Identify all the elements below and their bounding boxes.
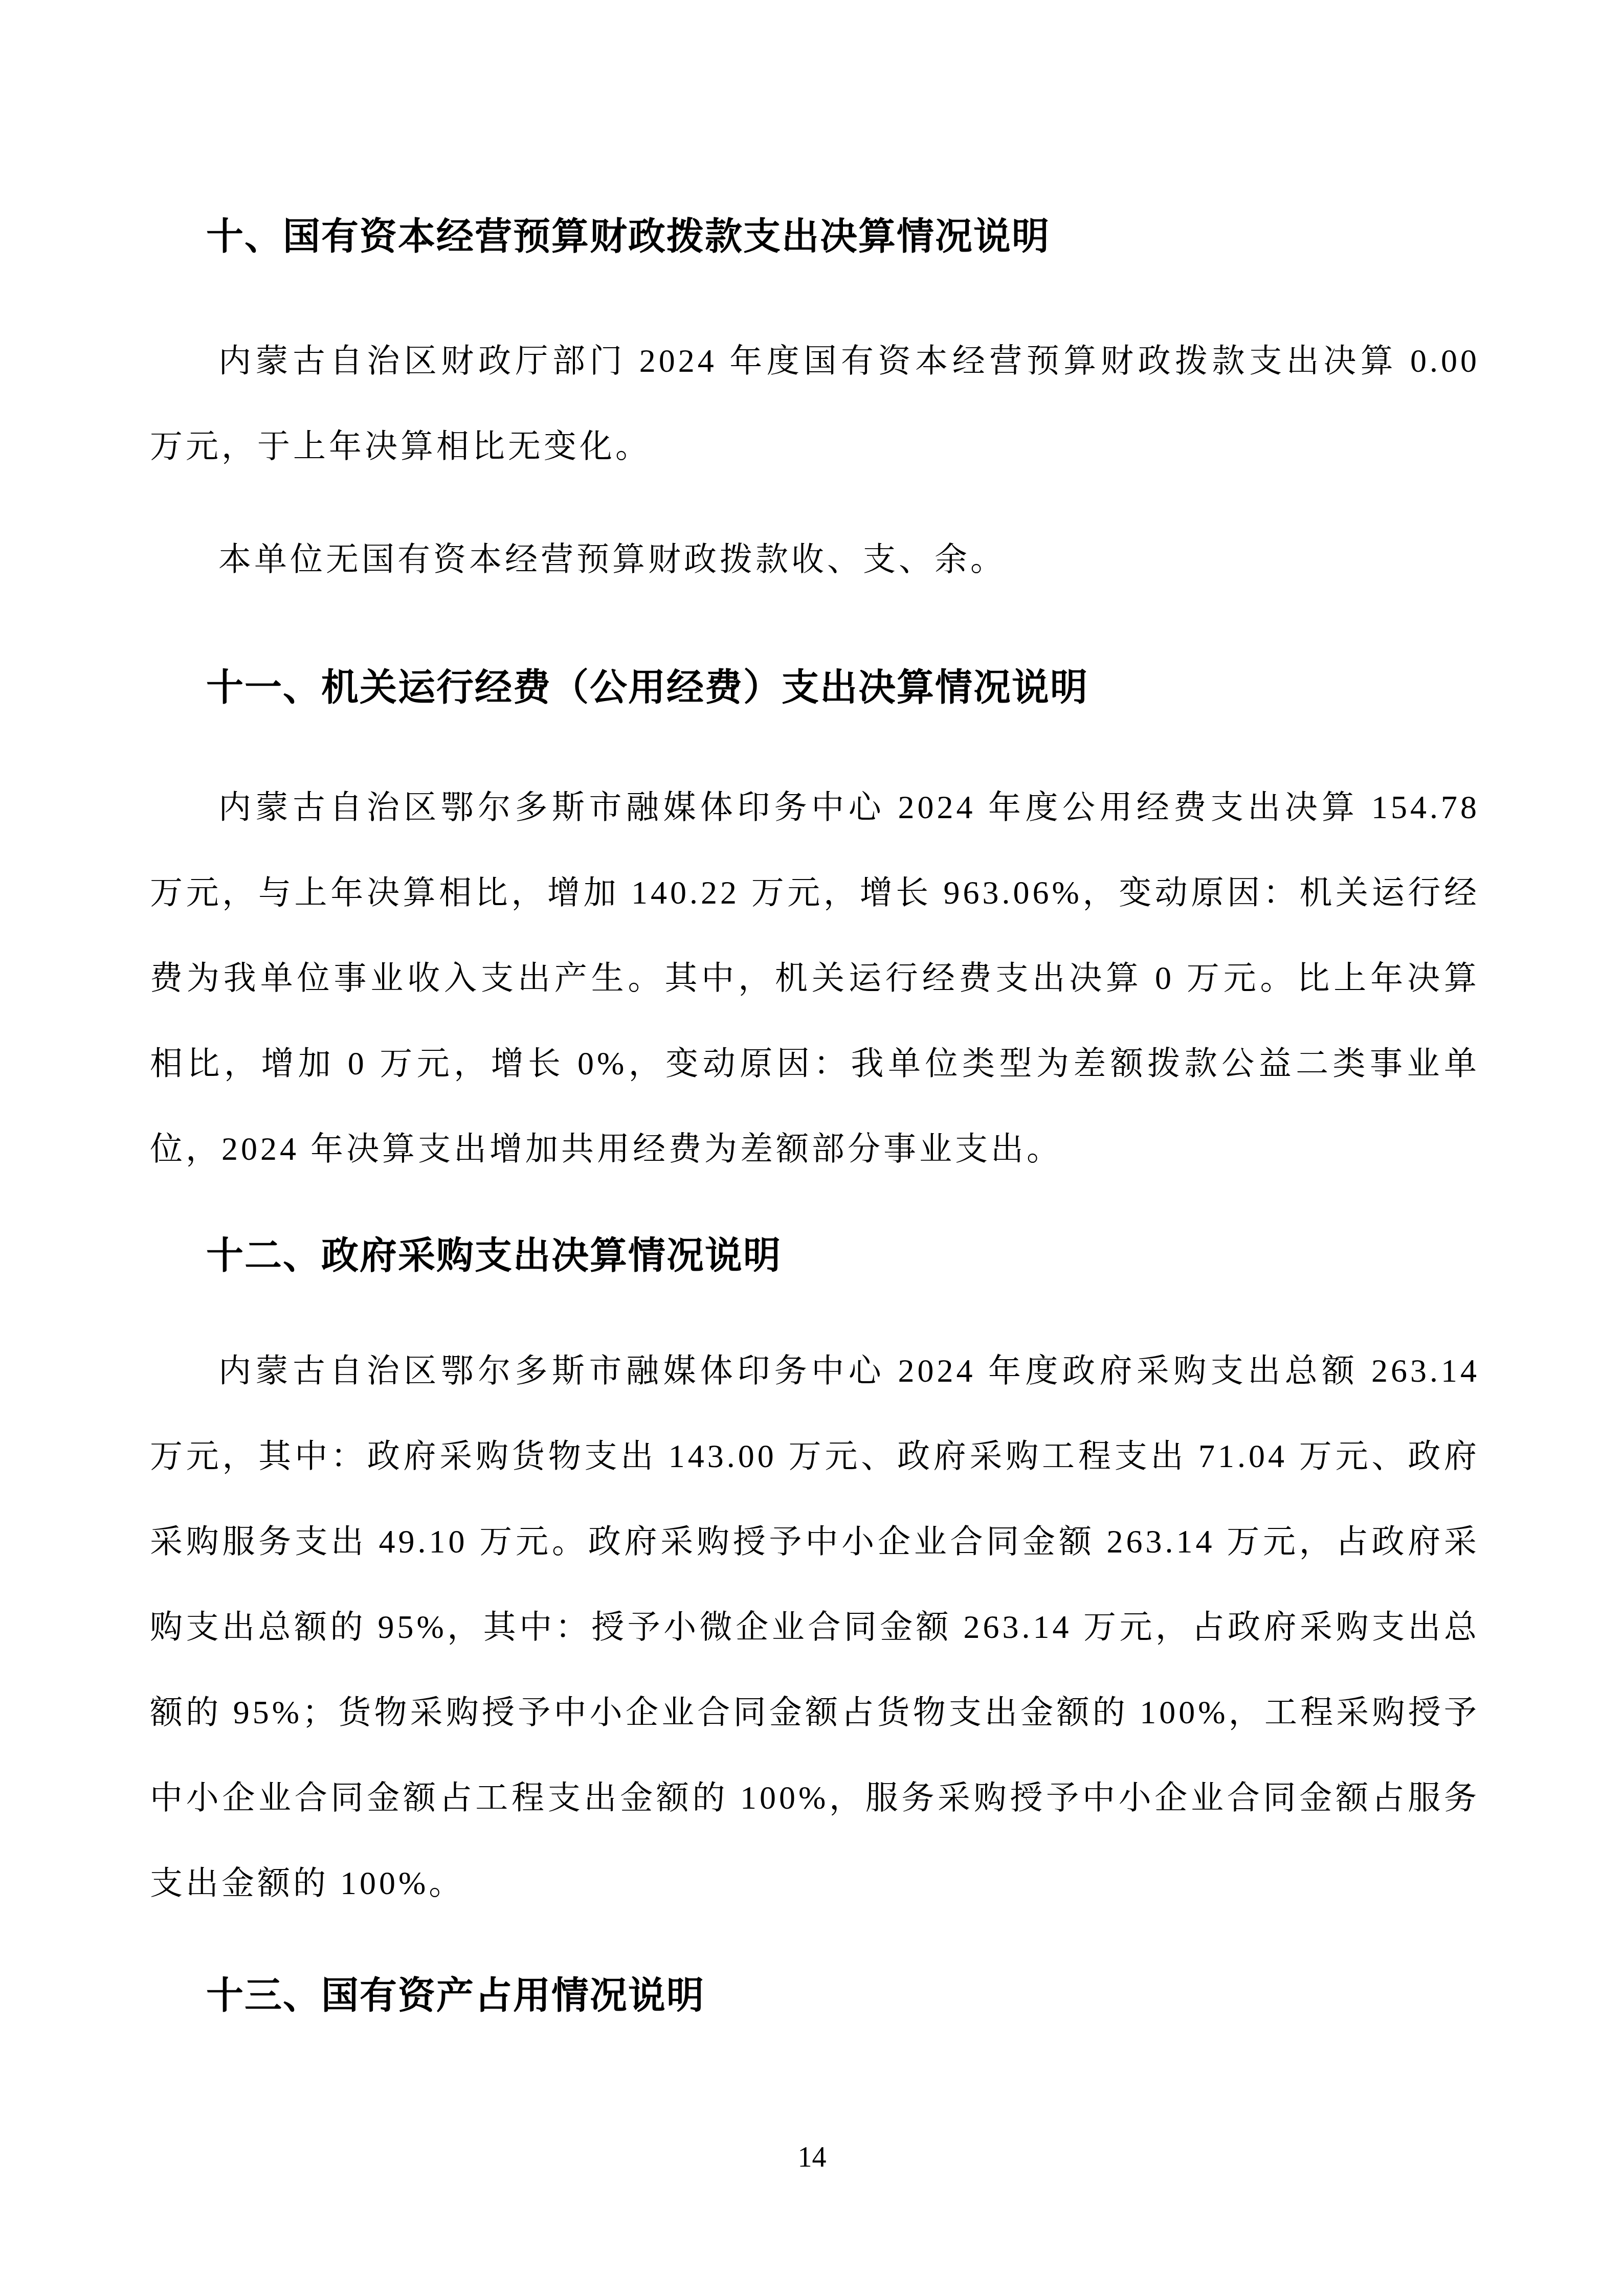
paragraph-section-10-2: 本单位无国有资本经营预算财政拨款收、支、余。 bbox=[150, 516, 1480, 602]
heading-section-12: 十二、政府采购支出决算情况说明 bbox=[206, 1228, 1481, 1284]
paragraph-section-12-1: 内蒙古自治区鄂尔多斯市融媒体印务中心 2024 年度政府采购支出总额 263.1… bbox=[150, 1328, 1480, 1926]
paragraph-section-10-1: 内蒙古自治区财政厅部门 2024 年度国有资本经营预算财政拨款支出决算 0.00… bbox=[150, 318, 1480, 489]
heading-section-11: 十一、机关运行经费（公用经费）支出决算情况说明 bbox=[206, 660, 1481, 716]
heading-section-13: 十三、国有资产占用情况说明 bbox=[206, 1968, 1481, 2024]
document-page: 十、国有资本经营预算财政拨款支出决算情况说明 内蒙古自治区财政厅部门 2024 … bbox=[0, 0, 1624, 2296]
heading-section-10: 十、国有资本经营预算财政拨款支出决算情况说明 bbox=[206, 209, 1481, 265]
paragraph-section-11-1: 内蒙古自治区鄂尔多斯市融媒体印务中心 2024 年度公用经费支出决算 154.7… bbox=[150, 764, 1480, 1191]
page-number: 14 bbox=[0, 2141, 1624, 2174]
